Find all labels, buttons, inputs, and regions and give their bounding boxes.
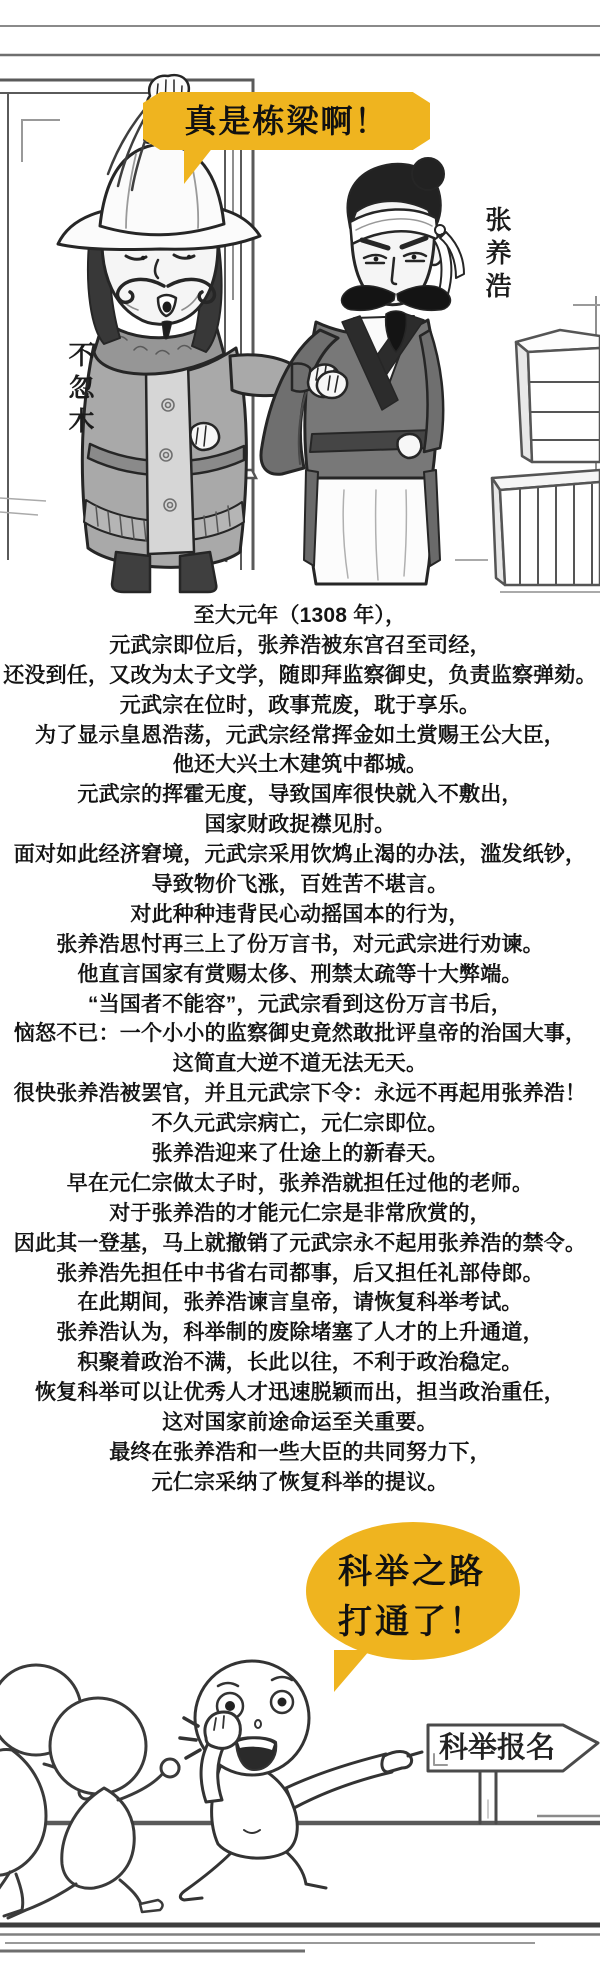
- story-line: 在此期间，张养浩谏言皇帝，请恢复科举考试。: [0, 1288, 600, 1318]
- story-text: 至大元年（1308 年）， 元武宗即位后，张养浩被东宫召至司经， 还没到任，又改…: [0, 601, 600, 1498]
- story-line: 恼怒不已：一个小小的监察御史竟然敢批评皇帝的治国大事，: [0, 1019, 600, 1049]
- story-line: 元武宗的挥霍无度，导致国库很快就入不敷出，: [0, 780, 600, 810]
- comic-page: 真是栋梁啊！ 不忽木 张养浩 至大元年（1308 年）， 元武宗即位后，张养浩被…: [0, 0, 600, 1977]
- pointing-figure: [180, 1661, 422, 1900]
- story-line: 这简直大逆不道无法无天。: [0, 1049, 600, 1079]
- story-line: 还没到任，又改为太子文学，随即拜监察御史，负责监察弹劾。: [0, 661, 600, 691]
- story-line: 他还大兴土木建筑中都城。: [0, 750, 600, 780]
- story-line: 张养浩思忖再三上了份万言书，对元武宗进行劝谏。: [0, 930, 600, 960]
- story-line: 张养浩认为，科举制的废除堵塞了人才的上升通道，: [0, 1318, 600, 1348]
- speech-bubble-top-tail: [184, 146, 214, 184]
- story-line: 张养浩迎来了仕途上的新春天。: [0, 1139, 600, 1169]
- label-zhangyanghao: 张养浩: [479, 206, 516, 305]
- story-line: 早在元仁宗做太子时，张养浩就担任过他的老师。: [0, 1169, 600, 1199]
- speech-bubble-bottom-line2: 打通了！: [338, 1598, 486, 1648]
- story-line: 恢复科举可以让优秀人才迅速脱颖而出，担当政治重任，: [0, 1378, 600, 1408]
- story-line: 很快张养浩被罢官，并且元武宗下令：永远不再起用张养浩！: [0, 1079, 600, 1109]
- story-line: 积聚着政治不满，长此以往，不利于政治稳定。: [0, 1348, 600, 1378]
- story-line: 这对国家前途命运至关重要。: [0, 1408, 600, 1438]
- label-buhumu: 不忽木: [62, 341, 99, 440]
- wall-lines: [0, 26, 600, 55]
- speech-bubble-bottom-tail: [334, 1650, 370, 1692]
- runners: [0, 1665, 180, 1918]
- story-line: 张养浩先担任中书省右司都事，后又担任礼部侍郎。: [0, 1259, 600, 1289]
- story-line: 面对如此经济窘境，元武宗采用饮鸩止渴的办法，滥发纸钞，: [0, 840, 600, 870]
- story-line: 不久元武宗病亡，元仁宗即位。: [0, 1109, 600, 1139]
- story-line: 对此种种违背民心动摇国本的行为，: [0, 900, 600, 930]
- speech-bubble-bottom-text: 科举之路 打通了！: [338, 1548, 486, 1648]
- speech-bubble-top-text: 真是栋梁啊！: [184, 103, 388, 139]
- bottom-scene: 科举之路 打通了！ 科举报名: [0, 1500, 600, 1977]
- crate-stack: [455, 305, 600, 592]
- story-line: 因此其一登基，马上就撤销了元武宗永不起用张养浩的禁令。: [0, 1229, 600, 1259]
- story-line: 国家财政捉襟见肘。: [0, 810, 600, 840]
- story-line: 导致物价飞涨，百姓苦不堪言。: [0, 870, 600, 900]
- story-line: 元武宗即位后，张养浩被东宫召至司经，: [0, 631, 600, 661]
- character-buhumu: [58, 75, 300, 592]
- speech-bubble-top: 真是栋梁啊！: [143, 92, 430, 150]
- speech-bubble-bottom-line1: 科举之路: [338, 1548, 486, 1598]
- story-line: 元仁宗采纳了恢复科举的提议。: [0, 1468, 600, 1498]
- story-line: 对于张养浩的才能元仁宗是非常欣赏的，: [0, 1199, 600, 1229]
- story-line: 至大元年（1308 年），: [0, 601, 600, 631]
- story-line: 为了显示皇恩浩荡，元武宗经常挥金如土赏赐王公大臣，: [0, 721, 600, 751]
- story-line: 元武宗在位时，政事荒废，耽于享乐。: [0, 691, 600, 721]
- story-line: 最终在张养浩和一些大臣的共同努力下，: [0, 1438, 600, 1468]
- story-line: 他直言国家有赏赐太侈、刑禁太疏等十大弊端。: [0, 960, 600, 990]
- sign-label: 科举报名: [433, 1727, 561, 1769]
- bottom-lines: [0, 1925, 600, 1951]
- story-line: “当国者不能容”，元武宗看到这份万言书后，: [0, 990, 600, 1020]
